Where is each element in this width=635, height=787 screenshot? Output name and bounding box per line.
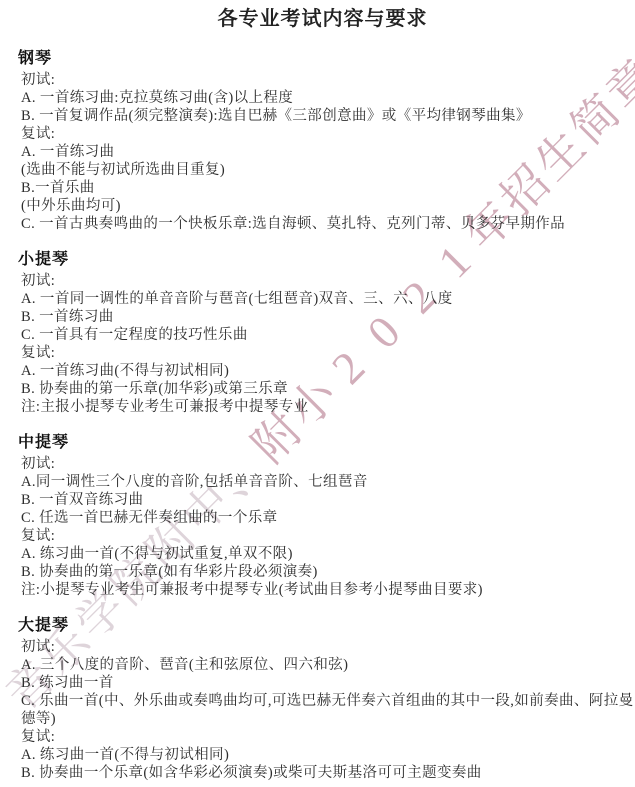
exam-line: C. 任选一首巴赫无伴奏组曲的一个乐章 [18, 509, 627, 527]
exam-line: B. 一首复调作品(须完整演奏):选自巴赫《三部创意曲》或《平均律钢琴曲集》 [18, 107, 627, 125]
exam-line: A.同一调性三个八度的音阶,包括单音音阶、七组琶音 [18, 473, 627, 491]
exam-line: 复试: [18, 527, 627, 545]
exam-line: 初试: [18, 638, 627, 656]
section-viola: 中提琴 初试: A.同一调性三个八度的音阶,包括单音音阶、七组琶音 B. 一首双… [18, 432, 627, 599]
section-violin: 小提琴 初试: A. 一首同一调性的单音音阶与琶音(七组琶音)双音、三、六、八度… [18, 249, 627, 416]
exam-line: 初试: [18, 71, 627, 89]
section-heading-cello: 大提琴 [18, 615, 627, 636]
exam-line: B.一首乐曲 [18, 179, 627, 197]
exam-line: 初试: [18, 455, 627, 473]
exam-line: 复试: [18, 728, 627, 746]
exam-line: 初试: [18, 272, 627, 290]
exam-line: 注:小提琴专业考生可兼报考中提琴专业(考试曲目参考小提琴曲目要求) [18, 581, 627, 599]
exam-line: 复试: [18, 344, 627, 362]
section-heading-violin: 小提琴 [18, 249, 627, 270]
exam-line: (中外乐曲均可) [18, 197, 627, 215]
exam-line: B. 一首双音练习曲 [18, 491, 627, 509]
exam-line: A. 一首练习曲 [18, 143, 627, 161]
exam-line: 复试: [18, 125, 627, 143]
document-content: 各专业考试内容与要求 钢琴 初试: A. 一首练习曲:克拉莫练习曲(含)以上程度… [0, 0, 635, 782]
section-piano: 钢琴 初试: A. 一首练习曲:克拉莫练习曲(含)以上程度 B. 一首复调作品(… [18, 48, 627, 233]
exam-line: A. 一首练习曲(不得与初试相同) [18, 362, 627, 380]
exam-line: B. 练习曲一首 [18, 674, 627, 692]
document-page: 音乐学院附中、附小2021年招生简章 各专业考试内容与要求 钢琴 初试: A. … [0, 0, 635, 787]
exam-line: C. 乐曲一首(中、外乐曲或奏鸣曲均可,可选巴赫无伴奏六首组曲的其中一段,如前奏… [18, 692, 627, 710]
exam-line: C. 一首具有一定程度的技巧性乐曲 [18, 326, 627, 344]
section-heading-viola: 中提琴 [18, 432, 627, 453]
exam-line: (选曲不能与初试所选曲目重复) [18, 161, 627, 179]
exam-line: A. 一首练习曲:克拉莫练习曲(含)以上程度 [18, 89, 627, 107]
exam-line: A. 练习曲一首(不得与初试重复,单双不限) [18, 545, 627, 563]
exam-line: B. 协奏曲的第一乐章(如有华彩片段必须演奏) [18, 563, 627, 581]
exam-line: C. 一首古典奏鸣曲的一个快板乐章:选自海顿、莫扎特、克列门蒂、贝多芬早期作品 [18, 215, 627, 233]
exam-line: B. 协奏曲的第一乐章(加华彩)或第三乐章 [18, 380, 627, 398]
section-heading-piano: 钢琴 [18, 48, 627, 69]
page-title: 各专业考试内容与要求 [18, 0, 627, 32]
exam-line: 德等) [18, 710, 627, 728]
exam-line: A. 练习曲一首(不得与初试相同) [18, 746, 627, 764]
section-cello: 大提琴 初试: A. 三个八度的音阶、琶音(主和弦原位、四六和弦) B. 练习曲… [18, 615, 627, 782]
exam-line: B. 一首练习曲 [18, 308, 627, 326]
exam-line: B. 协奏曲一个乐章(如含华彩必须演奏)或柴可夫斯基洛可可主题变奏曲 [18, 764, 627, 782]
exam-line: A. 一首同一调性的单音音阶与琶音(七组琶音)双音、三、六、八度 [18, 290, 627, 308]
exam-line: A. 三个八度的音阶、琶音(主和弦原位、四六和弦) [18, 656, 627, 674]
exam-line: 注:主报小提琴专业考生可兼报考中提琴专业 [18, 398, 627, 416]
